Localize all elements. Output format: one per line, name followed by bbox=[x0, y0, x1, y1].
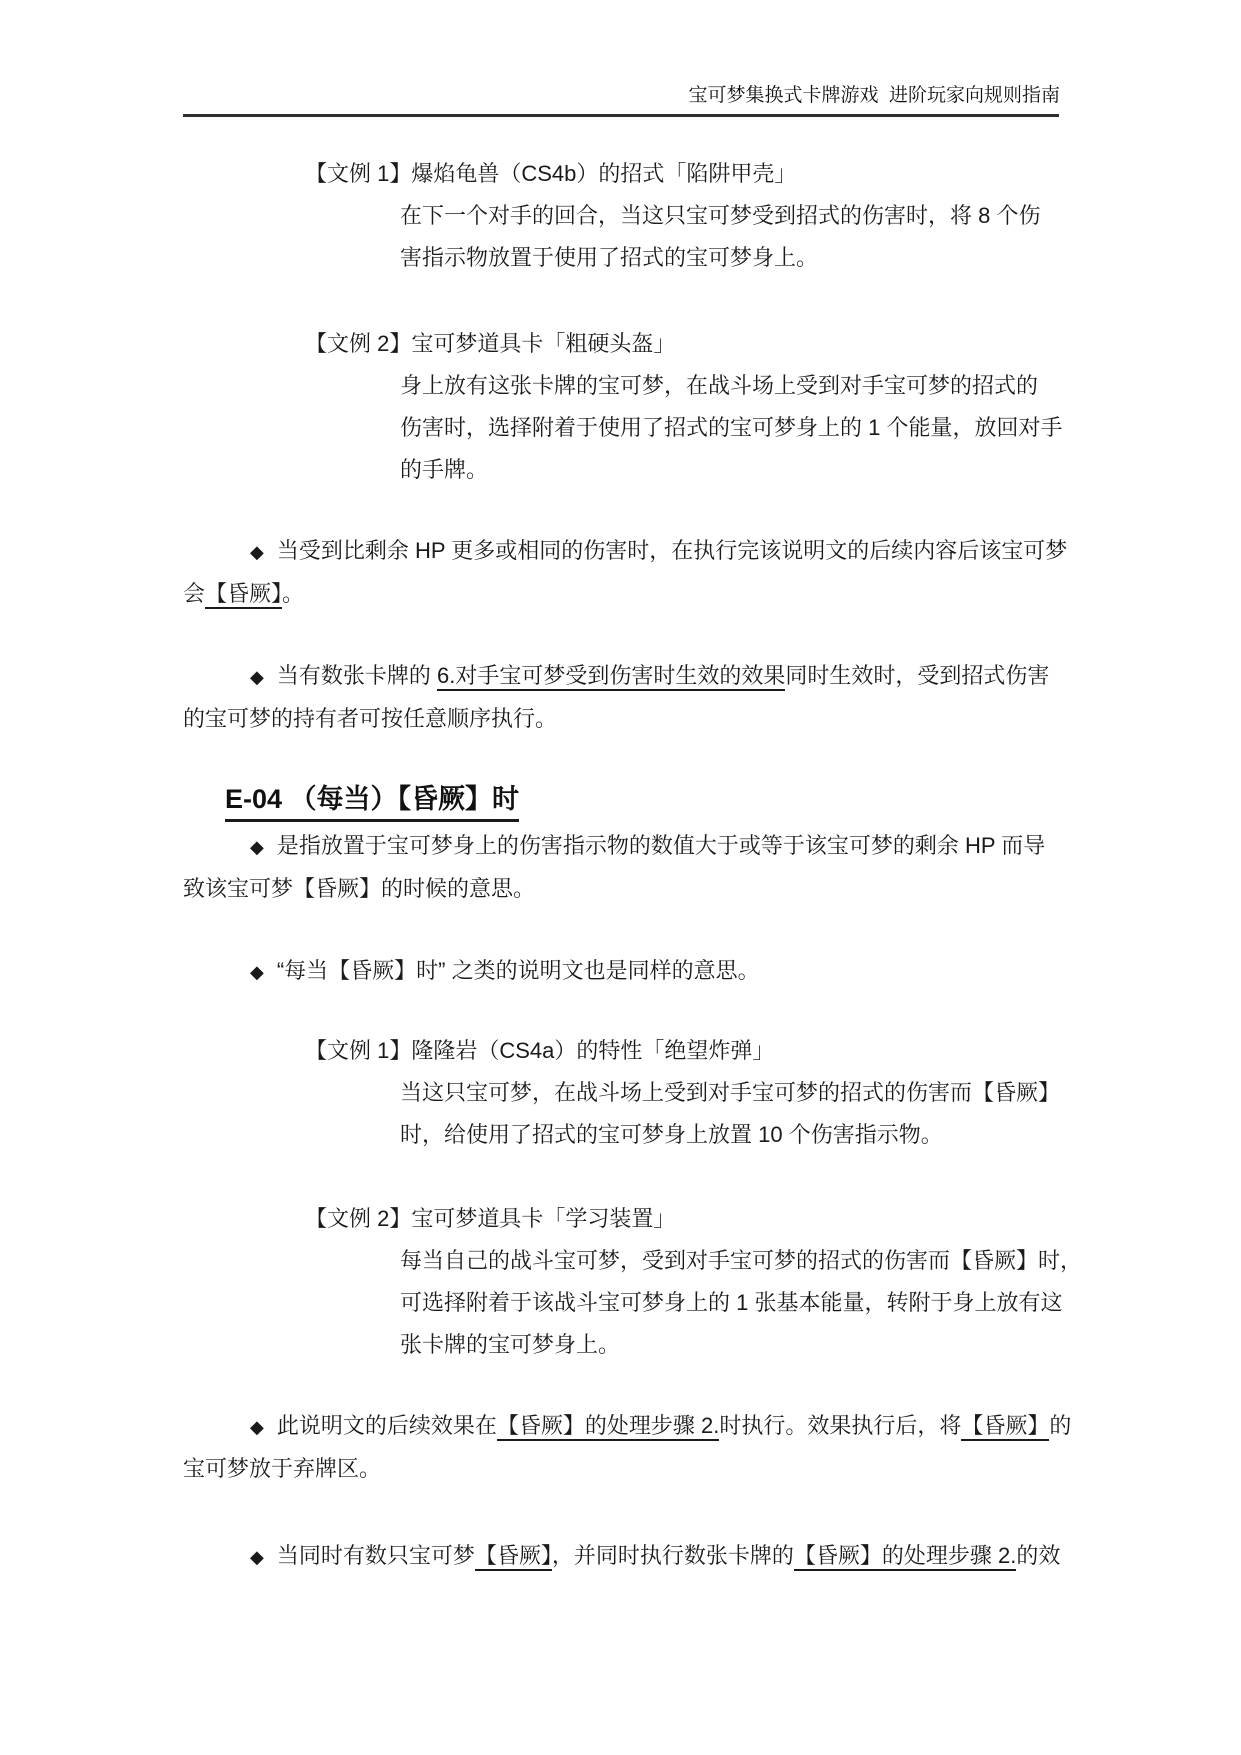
text-line: 的宝可梦的持有者可按任意顺序执行。 bbox=[183, 698, 1049, 740]
underlined-term: 【昏厥】的处理步骤 2. bbox=[497, 1413, 719, 1441]
underlined-term: 6.对手宝可梦受到伤害时生效的效果 bbox=[437, 663, 785, 691]
text-segment: 的手牌。 bbox=[400, 457, 488, 482]
text-line: 每当自己的战斗宝可梦，受到对手宝可梦的招式的伤害而【昏厥】时， bbox=[305, 1240, 1082, 1282]
text-segment: 伤害时，选择附着于使用了招式的宝可梦身上的 1 个能量，放回对手 bbox=[400, 415, 1062, 440]
text-segment: 身上放有这张卡牌的宝可梦，在战斗场上受到对手宝可梦的招式的 bbox=[400, 373, 1038, 398]
underlined-term: 【昏厥】 bbox=[475, 1543, 552, 1571]
text-line: 身上放有这张卡牌的宝可梦，在战斗场上受到对手宝可梦的招式的 bbox=[305, 365, 1062, 407]
text-segment: 是指放置于宝可梦身上的伤害指示物的数值大于或等于该宝可梦的剩余 HP 而导 bbox=[277, 833, 1045, 858]
section-heading-text: E-04 （每当）【昏厥】时 bbox=[225, 783, 519, 822]
example-body: 身上放有这张卡牌的宝可梦，在战斗场上受到对手宝可梦的招式的伤害时，选择附着于使用… bbox=[305, 365, 1062, 491]
text-line: ◆当受到比剩余 HP 更多或相同的伤害时，在执行完该说明文的后续内容后该宝可梦 bbox=[183, 530, 1067, 573]
bullet-paragraph: ◆当受到比剩余 HP 更多或相同的伤害时，在执行完该说明文的后续内容后该宝可梦会… bbox=[183, 530, 1067, 615]
text-segment: ，并同时执行数张卡牌的 bbox=[552, 1543, 794, 1568]
text-segment: 的宝可梦的持有者可按任意顺序执行。 bbox=[183, 706, 557, 731]
example-title-line: 【文例 2】宝可梦道具卡「粗硬头盔」 bbox=[305, 323, 1062, 365]
bullet-paragraph: ◆“每当【昏厥】时” 之类的说明文也是同样的意思。 bbox=[183, 950, 760, 993]
example-label: 【文例 1】 bbox=[305, 1038, 411, 1063]
bullet-paragraph: ◆当有数张卡牌的 6.对手宝可梦受到伤害时生效的效果同时生效时，受到招式伤害的宝… bbox=[183, 655, 1049, 740]
example-block: 【文例 2】宝可梦道具卡「学习装置」 每当自己的战斗宝可梦，受到对手宝可梦的招式… bbox=[305, 1198, 1082, 1366]
bullet-diamond-icon: ◆ bbox=[250, 1547, 264, 1567]
header-divider-line bbox=[183, 114, 1059, 117]
section-heading: E-04 （每当）【昏厥】时 bbox=[225, 783, 519, 822]
text-line: 张卡牌的宝可梦身上。 bbox=[305, 1324, 1082, 1366]
text-line: 可选择附着于该战斗宝可梦身上的 1 张基本能量，转附于身上放有这 bbox=[305, 1282, 1082, 1324]
example-title-line: 【文例 1】隆隆岩（CS4a）的特性「绝望炸弹」 bbox=[305, 1030, 1060, 1072]
text-line: 当这只宝可梦，在战斗场上受到对手宝可梦的招式的伤害而【昏厥】 bbox=[305, 1072, 1060, 1114]
text-line: 害指示物放置于使用了招式的宝可梦身上。 bbox=[305, 237, 1040, 279]
bullet-diamond-icon: ◆ bbox=[250, 667, 264, 687]
example-title-line: 【文例 1】爆焰龟兽（CS4b）的招式「陷阱甲壳」 bbox=[305, 153, 1040, 195]
text-segment: 宝可梦放于弃牌区。 bbox=[183, 1456, 381, 1481]
example-body: 每当自己的战斗宝可梦，受到对手宝可梦的招式的伤害而【昏厥】时，可选择附着于该战斗… bbox=[305, 1240, 1082, 1366]
example-label: 【文例 2】 bbox=[305, 331, 411, 356]
text-segment: 每当自己的战斗宝可梦，受到对手宝可梦的招式的伤害而【昏厥】时， bbox=[400, 1248, 1082, 1273]
text-segment: 时，给使用了招式的宝可梦身上放置 10 个伤害指示物。 bbox=[400, 1122, 943, 1147]
text-segment: “每当【昏厥】时” 之类的说明文也是同样的意思。 bbox=[277, 958, 760, 983]
example-title-line: 【文例 2】宝可梦道具卡「学习装置」 bbox=[305, 1198, 1082, 1240]
page-header-title: 宝可梦集换式卡牌游戏 进阶玩家向规则指南 bbox=[688, 84, 1060, 108]
text-line: ◆是指放置于宝可梦身上的伤害指示物的数值大于或等于该宝可梦的剩余 HP 而导 bbox=[183, 825, 1045, 868]
example-body: 在下一个对手的回合，当这只宝可梦受到招式的伤害时，将 8 个伤害指示物放置于使用… bbox=[305, 195, 1040, 279]
text-segment: 当有数张卡牌的 bbox=[277, 663, 437, 688]
example-title: 宝可梦道具卡「学习装置」 bbox=[411, 1206, 675, 1231]
underlined-term: 【昏厥】 bbox=[961, 1413, 1049, 1441]
bullet-diamond-icon: ◆ bbox=[250, 962, 264, 982]
text-segment: 会 bbox=[183, 581, 205, 606]
example-block: 【文例 2】宝可梦道具卡「粗硬头盔」 身上放有这张卡牌的宝可梦，在战斗场上受到对… bbox=[305, 323, 1062, 491]
example-title: 爆焰龟兽（CS4b）的招式「陷阱甲壳」 bbox=[411, 161, 796, 186]
document-page: 宝可梦集换式卡牌游戏 进阶玩家向规则指南 【文例 1】爆焰龟兽（CS4b）的招式… bbox=[0, 0, 1241, 1755]
example-label: 【文例 1】 bbox=[305, 161, 411, 186]
text-segment: 害指示物放置于使用了招式的宝可梦身上。 bbox=[400, 245, 818, 270]
underlined-term: 【昏厥】 bbox=[205, 581, 282, 609]
text-segment: 可选择附着于该战斗宝可梦身上的 1 张基本能量，转附于身上放有这 bbox=[400, 1290, 1062, 1315]
text-segment: 当同时有数只宝可梦 bbox=[277, 1543, 475, 1568]
bullet-paragraph: ◆当同时有数只宝可梦【昏厥】，并同时执行数张卡牌的【昏厥】的处理步骤 2.的效 bbox=[183, 1535, 1060, 1578]
text-line: 的手牌。 bbox=[305, 449, 1062, 491]
text-segment: 张卡牌的宝可梦身上。 bbox=[400, 1332, 620, 1357]
text-segment: 此说明文的后续效果在 bbox=[277, 1413, 497, 1438]
text-line: 伤害时，选择附着于使用了招式的宝可梦身上的 1 个能量，放回对手 bbox=[305, 407, 1062, 449]
bullet-diamond-icon: ◆ bbox=[250, 837, 264, 857]
example-block: 【文例 1】隆隆岩（CS4a）的特性「绝望炸弹」 当这只宝可梦，在战斗场上受到对… bbox=[305, 1030, 1060, 1156]
text-line: ◆当同时有数只宝可梦【昏厥】，并同时执行数张卡牌的【昏厥】的处理步骤 2.的效 bbox=[183, 1535, 1060, 1578]
text-segment: 同时生效时，受到招式伤害 bbox=[785, 663, 1049, 688]
text-segment: 的效 bbox=[1016, 1543, 1060, 1568]
example-label: 【文例 2】 bbox=[305, 1206, 411, 1231]
text-line: 时，给使用了招式的宝可梦身上放置 10 个伤害指示物。 bbox=[305, 1114, 1060, 1156]
text-line: 会【昏厥】。 bbox=[183, 573, 1067, 615]
text-segment: 时执行。效果执行后，将 bbox=[719, 1413, 961, 1438]
bullet-diamond-icon: ◆ bbox=[250, 542, 264, 562]
text-segment: 的 bbox=[1049, 1413, 1071, 1438]
bullet-diamond-icon: ◆ bbox=[250, 1417, 264, 1437]
text-line: ◆“每当【昏厥】时” 之类的说明文也是同样的意思。 bbox=[183, 950, 760, 993]
bullet-paragraph: ◆此说明文的后续效果在【昏厥】的处理步骤 2.时执行。效果执行后，将【昏厥】的宝… bbox=[183, 1405, 1071, 1490]
text-segment: 。 bbox=[282, 581, 304, 606]
text-line: 致该宝可梦【昏厥】的时候的意思。 bbox=[183, 868, 1045, 910]
text-segment: 在下一个对手的回合，当这只宝可梦受到招式的伤害时，将 8 个伤 bbox=[400, 203, 1040, 228]
text-segment: 当受到比剩余 HP 更多或相同的伤害时，在执行完该说明文的后续内容后该宝可梦 bbox=[277, 538, 1067, 563]
example-title: 宝可梦道具卡「粗硬头盔」 bbox=[411, 331, 675, 356]
bullet-paragraph: ◆是指放置于宝可梦身上的伤害指示物的数值大于或等于该宝可梦的剩余 HP 而导致该… bbox=[183, 825, 1045, 910]
example-title: 隆隆岩（CS4a）的特性「绝望炸弹」 bbox=[411, 1038, 774, 1063]
example-body: 当这只宝可梦，在战斗场上受到对手宝可梦的招式的伤害而【昏厥】时，给使用了招式的宝… bbox=[305, 1072, 1060, 1156]
text-line: 在下一个对手的回合，当这只宝可梦受到招式的伤害时，将 8 个伤 bbox=[305, 195, 1040, 237]
text-segment: 当这只宝可梦，在战斗场上受到对手宝可梦的招式的伤害而【昏厥】 bbox=[400, 1080, 1060, 1105]
text-line: 宝可梦放于弃牌区。 bbox=[183, 1448, 1071, 1490]
text-line: ◆当有数张卡牌的 6.对手宝可梦受到伤害时生效的效果同时生效时，受到招式伤害 bbox=[183, 655, 1049, 698]
text-line: ◆此说明文的后续效果在【昏厥】的处理步骤 2.时执行。效果执行后，将【昏厥】的 bbox=[183, 1405, 1071, 1448]
example-block: 【文例 1】爆焰龟兽（CS4b）的招式「陷阱甲壳」 在下一个对手的回合，当这只宝… bbox=[305, 153, 1040, 279]
text-segment: 致该宝可梦【昏厥】的时候的意思。 bbox=[183, 876, 535, 901]
underlined-term: 【昏厥】的处理步骤 2. bbox=[794, 1543, 1016, 1571]
